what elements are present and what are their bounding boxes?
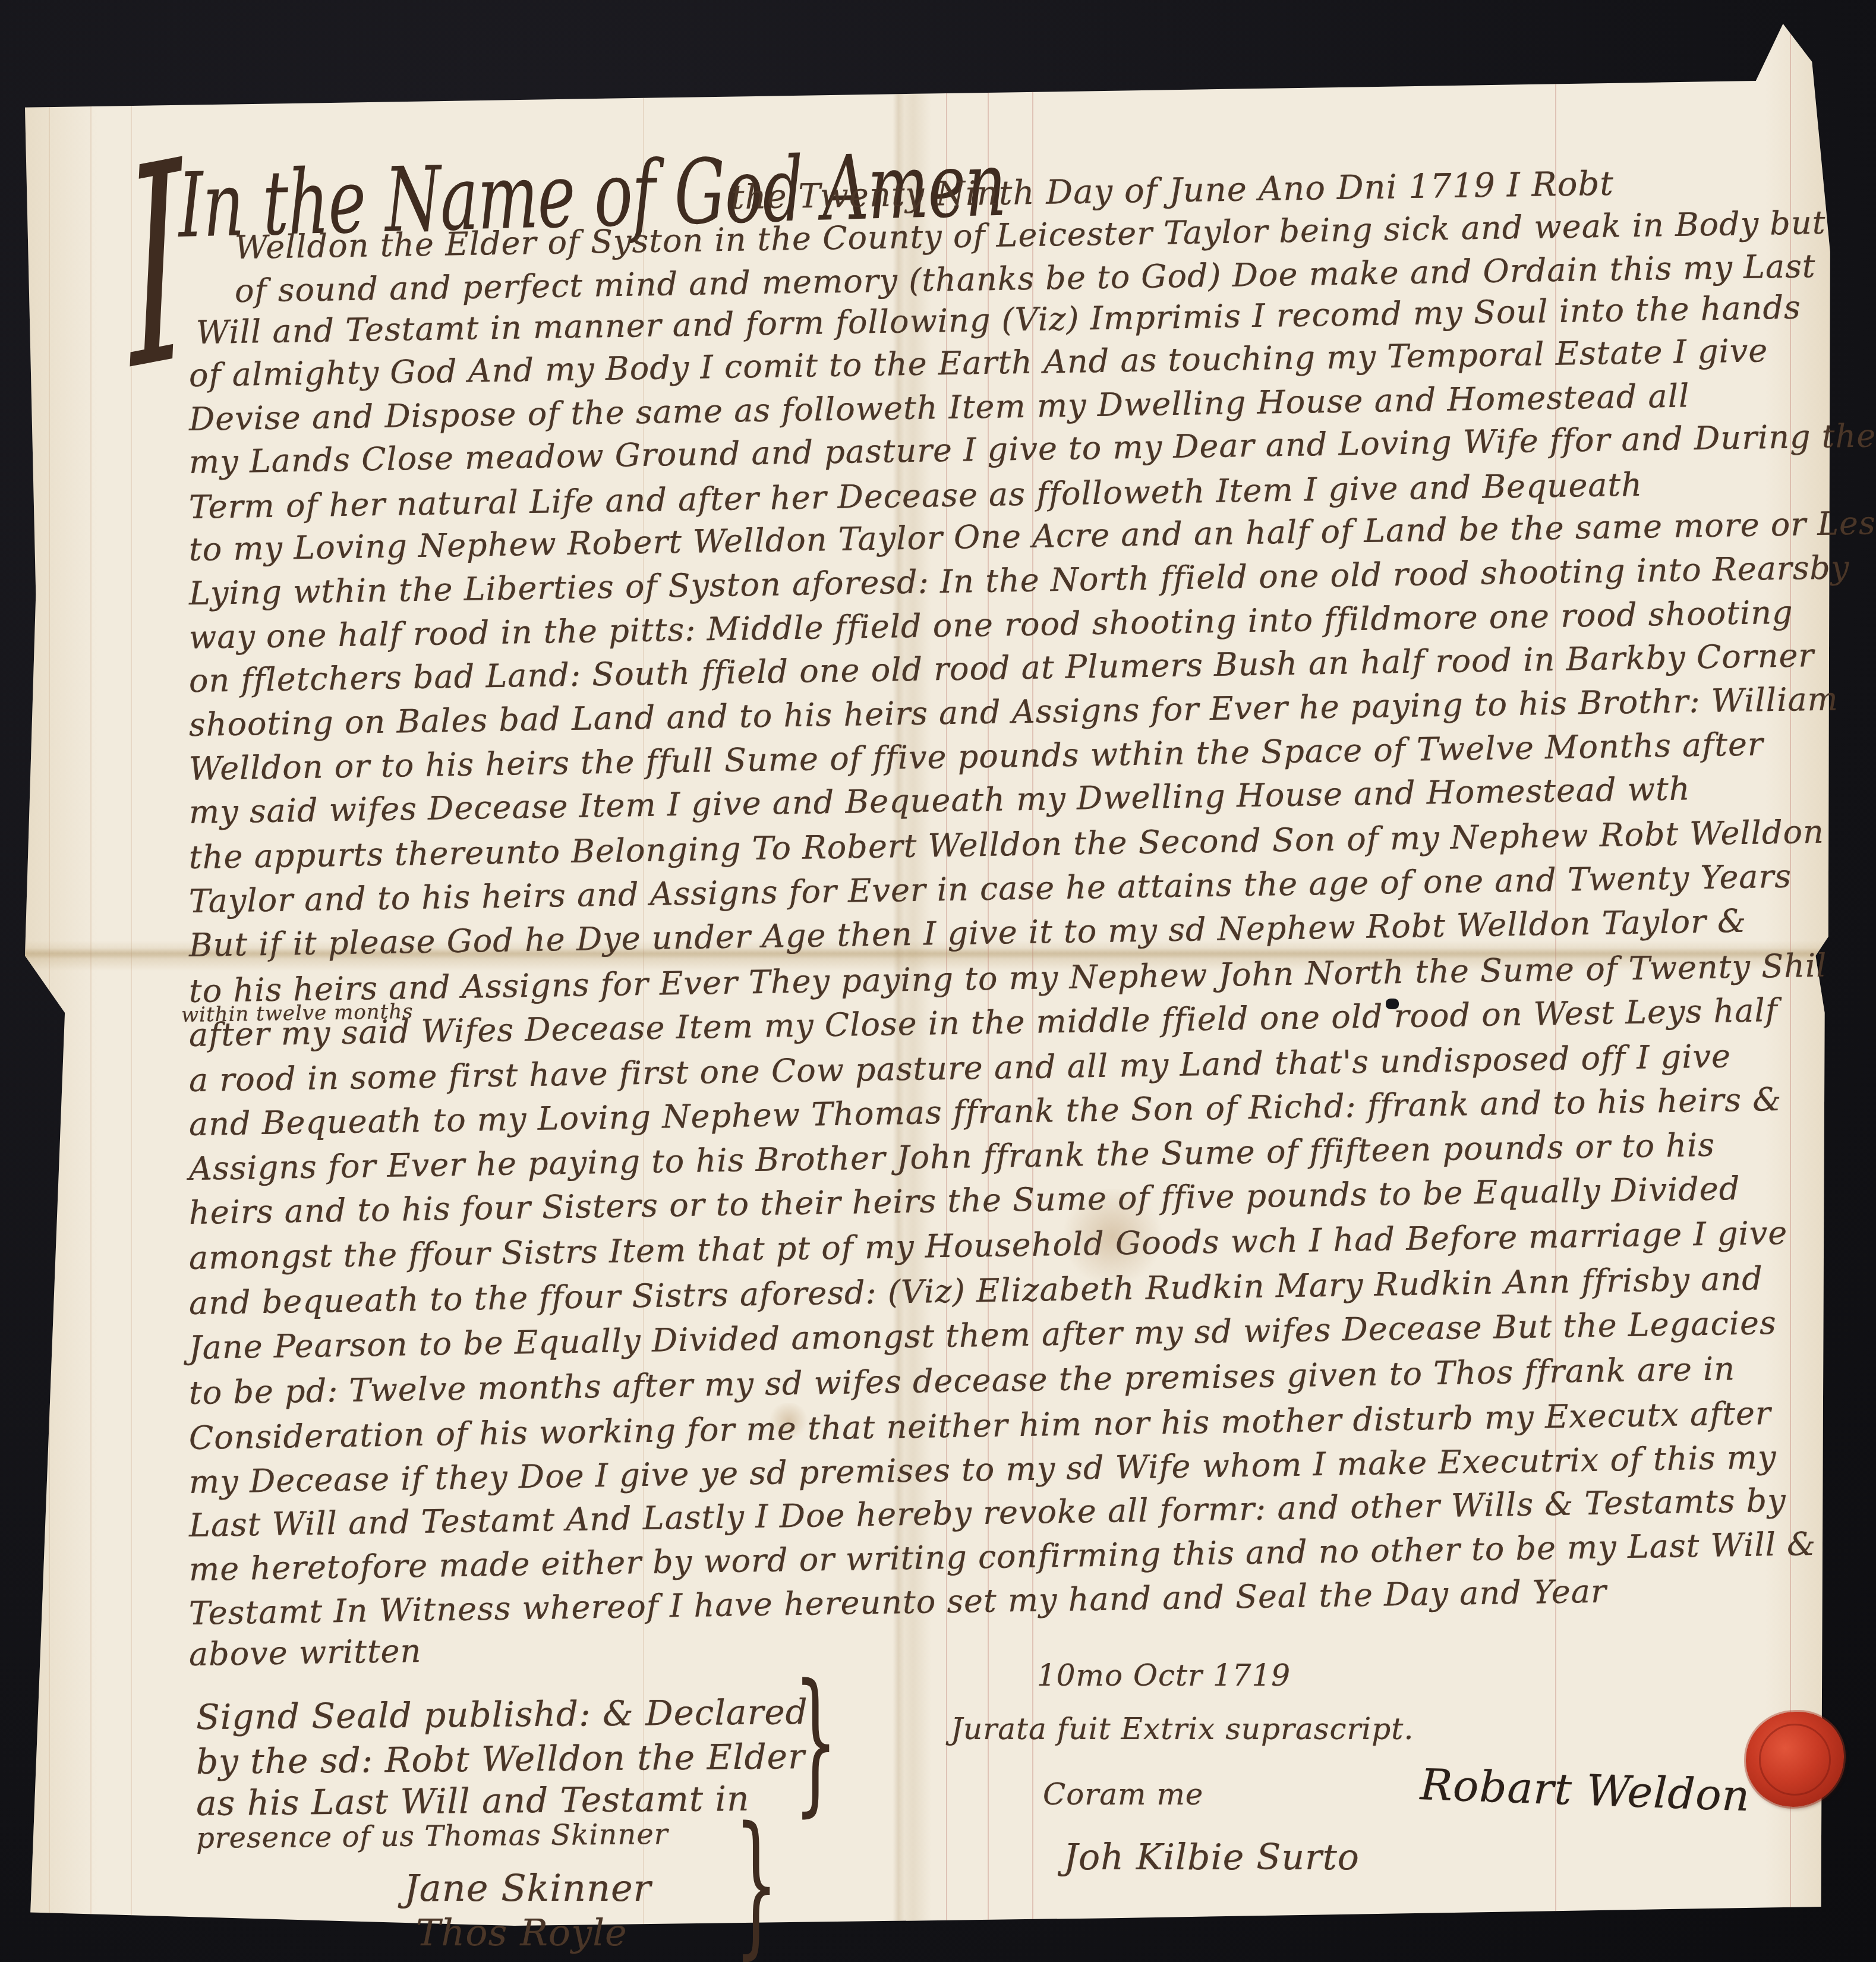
seal-impression (1759, 1724, 1831, 1796)
brace-mark: } (793, 1664, 837, 1819)
probate-date: 10mo Octr 1719 (1037, 1658, 1291, 1693)
brace-mark: } (734, 1807, 778, 1961)
witness-signature: Thos Royle (416, 1911, 628, 1954)
attestation-line: presence of us Thomas Skinner (196, 1818, 669, 1855)
ruling-line (90, 24, 92, 1926)
probate-jurat: Jurata fuit Extrix suprascript. (951, 1712, 1414, 1746)
probate-coram: Coram me (1043, 1777, 1203, 1812)
attestation-line: as his Last Will and Testamt in (196, 1778, 750, 1824)
probate-official-signature: Joh Kilbie Surto (1064, 1837, 1360, 1878)
attestation-line: Signd Seald publishd: & Declared (196, 1692, 808, 1737)
witness-signature: Jane Skinner (404, 1866, 651, 1910)
attestation-line: by the sd: Robt Welldon the Elder (196, 1736, 805, 1782)
ruling-line (49, 24, 50, 1926)
text-line: above written (189, 1632, 422, 1673)
